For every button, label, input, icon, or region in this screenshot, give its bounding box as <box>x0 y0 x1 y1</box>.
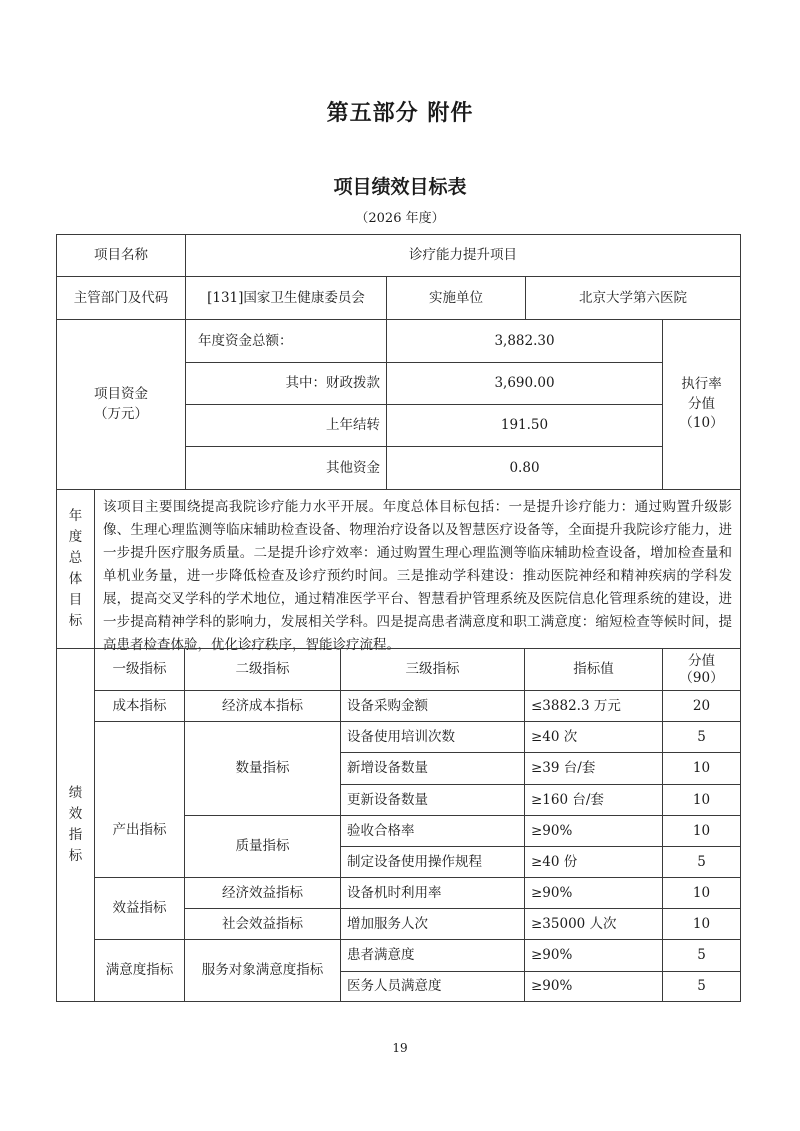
header-level3: 三级指标 <box>340 648 525 691</box>
header-level1: 一级指标 <box>94 648 185 691</box>
funds-total-label: 年度资金总额： <box>185 319 387 363</box>
header-score: 分值 （90） <box>662 648 741 691</box>
table-row-score: 5 <box>662 939 741 972</box>
table-row-value: ≥40 次 <box>524 721 663 753</box>
table-row-value: ≥90% <box>524 939 663 972</box>
funds-other-value: 0.80 <box>386 446 663 490</box>
part-title: 第五部分 附件 <box>0 96 800 127</box>
table-row-value: ≥90% <box>524 971 663 1002</box>
table-title: 项目绩效目标表 <box>0 172 800 199</box>
goal-char: 体 <box>69 569 83 590</box>
dept-value: [131]国家卫生健康委员会 <box>185 276 387 320</box>
table-row-score: 20 <box>662 690 741 722</box>
funds-carryover-label: 上年结转 <box>185 404 387 447</box>
header-value: 指标值 <box>524 648 663 691</box>
level1-cost: 成本指标 <box>94 690 185 722</box>
unit-label: 实施单位 <box>386 276 526 320</box>
table-row-score: 5 <box>662 971 741 1002</box>
dept-label: 主管部门及代码 <box>56 276 186 320</box>
table-row-value: ≥40 份 <box>524 846 663 878</box>
project-name-label: 项目名称 <box>56 234 186 277</box>
year-label: （2026 年度） <box>0 207 800 226</box>
funds-label-line1: 项目资金 <box>94 385 148 405</box>
table-row-level3: 患者满意度 <box>340 939 525 972</box>
score-line1: 执行率 <box>681 375 722 395</box>
level2-social-benefit: 社会效益指标 <box>184 908 341 940</box>
goal-char: 目 <box>69 590 83 611</box>
table-row-score: 10 <box>662 877 741 909</box>
table-row-score: 10 <box>662 815 741 847</box>
perf-char: 标 <box>69 846 83 867</box>
score-line2: 分值 <box>688 395 715 415</box>
page-number: 19 <box>0 1041 800 1055</box>
level1-benefit: 效益指标 <box>94 877 185 940</box>
funds-other-label: 其他资金 <box>185 446 387 490</box>
table-row-value: ≥90% <box>524 877 663 909</box>
table-row-score: 10 <box>662 908 741 940</box>
level2-service-satisfaction: 服务对象满意度指标 <box>184 939 341 1002</box>
table-row-level3: 制定设备使用操作规程 <box>340 846 525 878</box>
level2-economic-benefit: 经济效益指标 <box>184 877 341 909</box>
goal-char: 度 <box>69 527 83 548</box>
level1-satisfaction: 满意度指标 <box>94 939 185 1002</box>
table-row-level3: 设备机时利用率 <box>340 877 525 909</box>
funds-carryover-value: 191.50 <box>386 404 663 447</box>
level2-quality: 质量指标 <box>184 815 341 878</box>
level2-quantity: 数量指标 <box>184 721 341 816</box>
table-row-value: ≤3882.3 万元 <box>524 690 663 722</box>
table-row-score: 10 <box>662 752 741 785</box>
funds-total-value: 3,882.30 <box>386 319 663 363</box>
annual-goal-label: 年 度 总 体 目 标 <box>56 489 95 649</box>
table-row-level3: 新增设备数量 <box>340 752 525 785</box>
table-row-score: 5 <box>662 721 741 753</box>
perf-char: 绩 <box>69 783 83 804</box>
project-name-value: 诊疗能力提升项目 <box>185 234 741 277</box>
funds-label: 项目资金 （万元） <box>56 319 186 490</box>
funds-fiscal-value: 3,690.00 <box>386 362 663 405</box>
header-score-line2: （90） <box>679 670 723 687</box>
table-row-value: ≥35000 人次 <box>524 908 663 940</box>
execution-rate-score: 执行率 分值 （10） <box>662 319 741 490</box>
table-row-level3: 设备使用培训次数 <box>340 721 525 753</box>
table-row-level3: 增加服务人次 <box>340 908 525 940</box>
table-row-level3: 设备采购金额 <box>340 690 525 722</box>
score-line3: （10） <box>679 414 723 434</box>
table-row-value: ≥39 台/套 <box>524 752 663 785</box>
table-row-level3: 验收合格率 <box>340 815 525 847</box>
perf-char: 指 <box>69 825 83 846</box>
perf-char: 效 <box>69 804 83 825</box>
goal-char: 标 <box>69 611 83 632</box>
header-score-line1: 分值 <box>688 653 715 670</box>
level2-economic-cost: 经济成本指标 <box>184 690 341 722</box>
table-row-level3: 更新设备数量 <box>340 784 525 816</box>
funds-fiscal-label: 其中：财政拨款 <box>185 362 387 405</box>
table-row-level3: 医务人员满意度 <box>340 971 525 1002</box>
goal-char: 总 <box>69 548 83 569</box>
header-level2: 二级指标 <box>184 648 341 691</box>
unit-value: 北京大学第六医院 <box>525 276 741 320</box>
table-row-score: 5 <box>662 846 741 878</box>
funds-label-line2: （万元） <box>94 405 148 425</box>
table-row-score: 10 <box>662 784 741 816</box>
table-row-value: ≥90% <box>524 815 663 847</box>
annual-goal-text: 该项目主要围绕提高我院诊疗能力水平开展。年度总体目标包括：一是提升诊疗能力：通过… <box>94 489 741 649</box>
goal-char: 年 <box>69 506 83 527</box>
performance-label: 绩 效 指 标 <box>56 648 95 1002</box>
table-row-value: ≥160 台/套 <box>524 784 663 816</box>
